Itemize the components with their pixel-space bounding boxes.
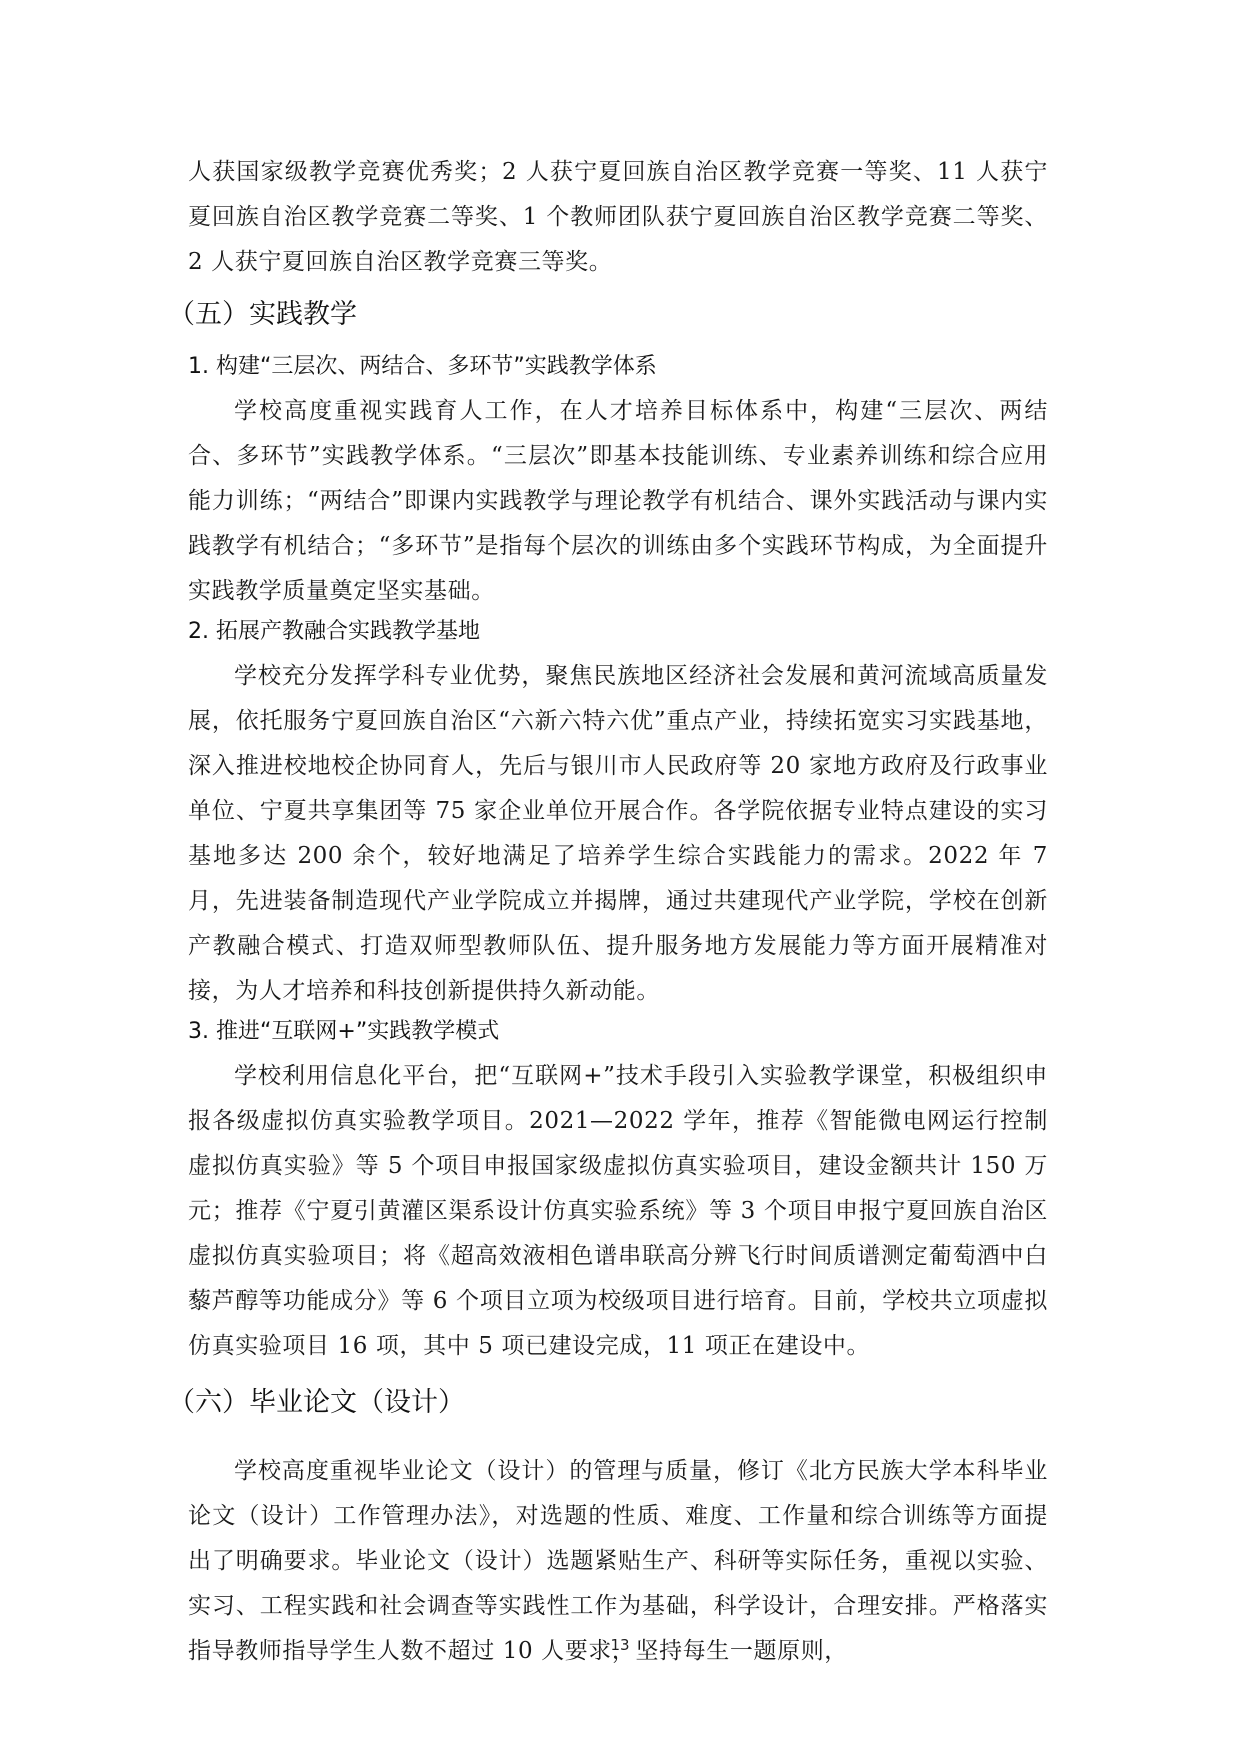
section-heading-practice-teaching: （五）实践教学 <box>168 295 1048 335</box>
page-content: 人获国家级教学竞赛优秀奖；2 人获宁夏回族自治区教学竞赛一等奖、11 人获宁夏回… <box>188 150 1048 1674</box>
section-heading-graduation-thesis: （六）毕业论文（设计） <box>168 1383 1048 1423</box>
subsection-heading-1: 1. 构建“三层次、两结合、多环节”实践教学体系 <box>188 349 1048 385</box>
subsection-paragraph-3: 学校利用信息化平台，把“互联网+”技术手段引入实验教学课堂，积极组织申报各级虚拟… <box>188 1054 1048 1369</box>
page-number: 13 <box>0 1636 1240 1654</box>
subsection-paragraph-2: 学校充分发挥学科专业优势，聚焦民族地区经济社会发展和黄河流域高质量发展，依托服务… <box>188 654 1048 1014</box>
intro-paragraph: 人获国家级教学竞赛优秀奖；2 人获宁夏回族自治区教学竞赛一等奖、11 人获宁夏回… <box>188 150 1048 285</box>
document-page: 人获国家级教学竞赛优秀奖；2 人获宁夏回族自治区教学竞赛一等奖、11 人获宁夏回… <box>0 0 1240 1753</box>
subsection-paragraph-1: 学校高度重视实践育人工作，在人才培养目标体系中，构建“三层次、两结合、多环节”实… <box>188 389 1048 614</box>
subsection-heading-3: 3. 推进“互联网+”实践教学模式 <box>188 1014 1048 1050</box>
subsection-heading-2: 2. 拓展产教融合实践教学基地 <box>188 614 1048 650</box>
